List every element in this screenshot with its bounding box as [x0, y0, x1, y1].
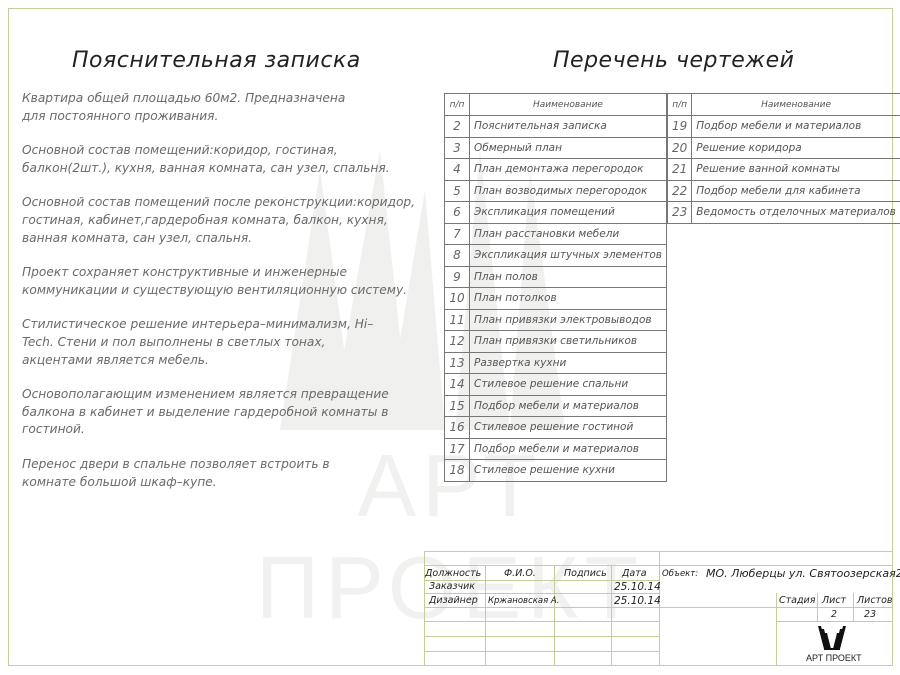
table-row: 4План демонтажа перегородок	[445, 159, 667, 181]
stamp-row-date: 25.10.14	[614, 595, 661, 607]
drawing-name: Обмерный план	[469, 137, 666, 159]
drawing-number: 14	[445, 374, 470, 396]
notes-title: Пояснительная записка	[72, 48, 361, 73]
note-paragraph: Перенос двери в спальне позволяет встрои…	[22, 456, 387, 491]
drawing-number: 4	[445, 159, 470, 181]
company-name: АРТ ПРОЕКТ	[806, 653, 862, 663]
table-row: 23Ведомость отделочных материалов	[668, 202, 900, 224]
drawing-number: 20	[668, 137, 692, 159]
drawing-name: Стилевое решение кухни	[469, 460, 666, 482]
note-paragraph: Стилистическое решение интерьера–минимал…	[22, 316, 397, 369]
drawing-name: План полов	[469, 266, 666, 288]
drawing-number: 5	[445, 180, 470, 202]
sheet-value: 2	[831, 609, 837, 620]
drawing-name: Подбор мебели и материалов	[469, 395, 666, 417]
drawing-number: 6	[445, 202, 470, 224]
stamp-col-fio: Ф.И.О.	[504, 568, 536, 579]
drawing-name: Решение коридора	[692, 137, 900, 159]
drawing-name: Подбор мебели и материалов	[692, 116, 900, 138]
drawing-name: Стилевое решение спальни	[469, 374, 666, 396]
drawing-number: 21	[668, 159, 692, 181]
drawing-name: Подбор мебели для кабинета	[692, 180, 900, 202]
note-paragraph: Квартира общей площадью 60м2. Предназнач…	[22, 90, 372, 125]
drawing-name: Экспликация помещений	[469, 202, 666, 224]
sheet-label: Лист	[822, 595, 846, 606]
drawing-number: 22	[668, 180, 692, 202]
drawing-number: 18	[445, 460, 470, 482]
drawing-name: План возводимых перегородок	[469, 180, 666, 202]
note-paragraph: Основополагающим изменением является пре…	[22, 386, 424, 439]
col-header-num: п/п	[445, 94, 470, 116]
table-row: 18Стилевое решение кухни	[445, 460, 667, 482]
drawing-number: 3	[445, 137, 470, 159]
table-row: 5План возводимых перегородок	[445, 180, 667, 202]
table-row: 8Экспликация штучных элементов	[445, 245, 667, 267]
table-row: 20Решение коридора	[668, 137, 900, 159]
table-row: 2Пояснительная записка	[445, 116, 667, 138]
stamp-row-position: Дизайнер	[429, 595, 478, 606]
drawing-name: Развертка кухни	[469, 352, 666, 374]
object-label: Объект:	[662, 569, 698, 579]
drawings-table-right: п/п Наименование 19Подбор мебели и матер…	[667, 93, 900, 224]
stamp-row-position: Заказчик	[429, 581, 475, 592]
note-paragraph: Основной состав помещений после реконстр…	[22, 194, 427, 247]
stamp-col-date: Дата	[622, 568, 647, 579]
title-block: Должность Ф.И.О. Подпись Дата Заказчик 2…	[424, 551, 893, 666]
table-row: 14Стилевое решение спальни	[445, 374, 667, 396]
table-row: 19Подбор мебели и материалов	[668, 116, 900, 138]
col-header-num: п/п	[668, 94, 692, 116]
col-header-name: Наименование	[469, 94, 666, 116]
sheets-label: Листов	[857, 595, 893, 606]
stamp-col-sign: Подпись	[564, 568, 607, 579]
drawing-name: Экспликация штучных элементов	[469, 245, 666, 267]
drawing-name: План демонтажа перегородок	[469, 159, 666, 181]
stamp-col-position: Должность	[425, 568, 481, 579]
stage-label: Стадия	[779, 595, 815, 606]
drawing-number: 15	[445, 395, 470, 417]
table-row: 3Обмерный план	[445, 137, 667, 159]
drawing-name: План расстановки мебели	[469, 223, 666, 245]
drawing-name: Пояснительная записка	[469, 116, 666, 138]
drawing-number: 16	[445, 417, 470, 439]
stamp-row-fio: Кржановская А.	[488, 596, 559, 606]
drawing-name: План привязки электровыводов	[469, 309, 666, 331]
drawing-name: Решение ванной комнаты	[692, 159, 900, 181]
table-row: 16Стилевое решение гостиной	[445, 417, 667, 439]
drawing-number: 2	[445, 116, 470, 138]
drawing-name: Подбор мебели и материалов	[469, 438, 666, 460]
drawing-number: 12	[445, 331, 470, 353]
table-row: 9План полов	[445, 266, 667, 288]
table-row: 15Подбор мебели и материалов	[445, 395, 667, 417]
drawings-table-left: п/п Наименование 2Пояснительная записка3…	[444, 93, 667, 482]
table-row: 12План привязки светильников	[445, 331, 667, 353]
drawing-name: План потолков	[469, 288, 666, 310]
drawing-number: 9	[445, 266, 470, 288]
drawing-name: План привязки светильников	[469, 331, 666, 353]
drawing-number: 19	[668, 116, 692, 138]
drawing-number: 23	[668, 202, 692, 224]
table-row: 17Подбор мебели и материалов	[445, 438, 667, 460]
drawing-number: 8	[445, 245, 470, 267]
drawing-number: 13	[445, 352, 470, 374]
explanatory-notes: Квартира общей площадью 60м2. Предназнач…	[22, 90, 432, 508]
object-value: МО. Люберцы ул. Святоозерская26.	[706, 567, 900, 580]
table-row: 6Экспликация помещений	[445, 202, 667, 224]
drawings-title: Перечень чертежей	[553, 48, 794, 73]
note-paragraph: Проект сохраняет конструктивные и инжене…	[22, 264, 432, 299]
drawing-name: Ведомость отделочных материалов	[692, 202, 900, 224]
stamp-row-date: 25.10.14	[614, 581, 661, 593]
table-row: 7План расстановки мебели	[445, 223, 667, 245]
drawing-number: 11	[445, 309, 470, 331]
drawing-name: Стилевое решение гостиной	[469, 417, 666, 439]
table-row: 11План привязки электровыводов	[445, 309, 667, 331]
company-logo-icon	[817, 625, 847, 651]
table-row: 21Решение ванной комнаты	[668, 159, 900, 181]
table-row: 22Подбор мебели для кабинета	[668, 180, 900, 202]
drawing-number: 10	[445, 288, 470, 310]
table-row: 13Развертка кухни	[445, 352, 667, 374]
table-row: 10План потолков	[445, 288, 667, 310]
sheets-value: 23	[864, 609, 876, 620]
col-header-name: Наименование	[692, 94, 900, 116]
drawing-number: 7	[445, 223, 470, 245]
note-paragraph: Основной состав помещений:коридор, гости…	[22, 142, 424, 177]
drawing-number: 17	[445, 438, 470, 460]
